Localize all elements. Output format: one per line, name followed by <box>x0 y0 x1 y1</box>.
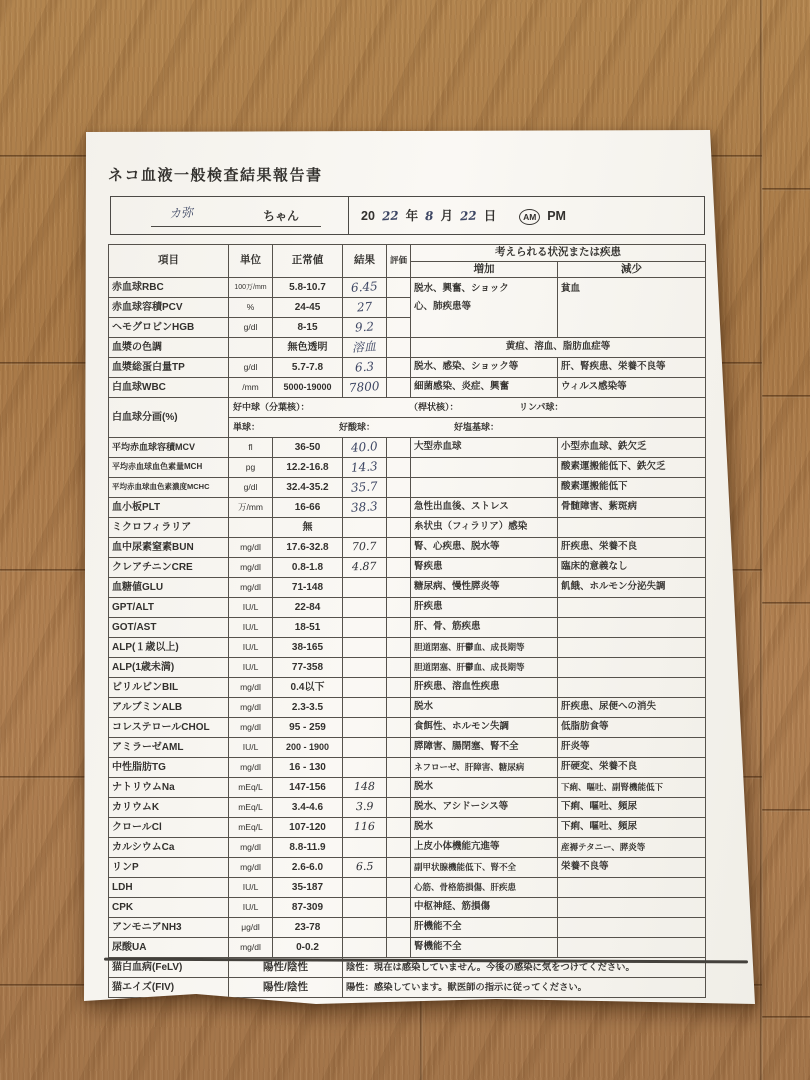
item-cell: 赤血球RBC <box>109 278 229 298</box>
unit-cell: IU/L <box>229 658 273 678</box>
decrease-cell: 下痢、嘔吐、頻尿 <box>558 798 706 818</box>
handwritten-result: 7800 <box>349 380 380 395</box>
item-cell: 尿酸UA <box>109 938 229 958</box>
results-table: 項目 単位 正常値 結果 評価 考えられる状況または疾患 増加 減少 赤血球RB… <box>108 244 706 998</box>
handwritten-result: 溶血 <box>352 340 377 355</box>
normal-range-cell: 147-156 <box>273 778 343 798</box>
normal-range-cell: 無色透明 <box>273 338 343 358</box>
unit-cell: IU/L <box>229 898 273 918</box>
decrease-cell <box>558 898 706 918</box>
wbc-differential-cell: 好中球（分葉核）：（桿状核）：リンパ球： 単球：好酸球：好塩基球： <box>229 398 706 438</box>
handwritten-result: 14.3 <box>351 460 379 475</box>
day-handwritten: 22 <box>460 209 477 224</box>
table-row: ナトリウムNa mEq/L 147-156 148 脱水 下痢、嘔吐、副腎機能低… <box>109 778 706 798</box>
unit-cell: pg <box>229 458 273 478</box>
table-row: 白血球WBC /mm 5000-19000 7800 細菌感染、炎症、興奮 ウィ… <box>109 378 706 398</box>
result-cell <box>343 898 387 918</box>
handwritten-result: 70.7 <box>352 541 377 554</box>
pm-label: PM <box>547 209 566 223</box>
increase-cell <box>411 458 558 478</box>
increase-cell: 急性出血後、ストレス <box>411 498 558 518</box>
decrease-cell: 酸素運搬能低下 <box>558 478 706 498</box>
increase-cell: 腎機能不全 <box>411 938 558 958</box>
handwritten-result: 4.87 <box>352 561 377 574</box>
item-cell: 血漿の色調 <box>109 338 229 358</box>
eval-cell <box>387 478 411 498</box>
unit-cell <box>229 518 273 538</box>
table-row: アミラーゼAML IU/L 200 - 1900 膵障害、腸閉塞、腎不全 肝炎等 <box>109 738 706 758</box>
normal-range-cell: 12.2-16.8 <box>273 458 343 478</box>
decrease-cell: 酸素運搬能低下、鉄欠乏 <box>558 458 706 478</box>
table-row: 平均赤血球容積MCV fl 36-50 40.0 大型赤血球 小型赤血球、鉄欠乏 <box>109 438 706 458</box>
normal-range-cell: 16-66 <box>273 498 343 518</box>
increase-cell: ネフローゼ、肝障害、糖尿病 <box>411 758 558 778</box>
eval-cell <box>387 698 411 718</box>
neutrophil-band-label: （桿状核）： <box>409 398 459 417</box>
normal-range-cell: 2.6-6.0 <box>273 858 343 878</box>
header-eval: 評価 <box>387 245 411 278</box>
increase-cell: 肝疾患 <box>411 598 558 618</box>
increase-cell: 糸状虫（フィラリア）感染 <box>411 518 558 538</box>
unit-cell: IU/L <box>229 878 273 898</box>
handwritten-result: 116 <box>354 821 375 833</box>
item-cell: ナトリウムNa <box>109 778 229 798</box>
table-row: リンP mg/dl 2.6-6.0 6.5 副甲状腺機能低下、腎不全 栄養不良等 <box>109 858 706 878</box>
unit-cell <box>229 338 273 358</box>
item-cell: GPT/ALT <box>109 598 229 618</box>
increase-cell: 肝機能不全 <box>411 918 558 938</box>
wbc-diff-line1: 好中球（分葉核）：（桿状核）：リンパ球： <box>229 398 705 418</box>
normal-range-cell: 77-358 <box>273 658 343 678</box>
normal-range-cell: 24-45 <box>273 298 343 318</box>
year-handwritten: 22 <box>382 209 399 224</box>
item-cell: 中性脂肪TG <box>109 758 229 778</box>
result-cell <box>343 698 387 718</box>
normal-range-cell: 95 - 259 <box>273 718 343 738</box>
handwritten-result: 38.3 <box>351 500 379 515</box>
decrease-cell: 肝炎等 <box>558 738 706 758</box>
increase-cell <box>411 478 558 498</box>
result-cell <box>343 618 387 638</box>
item-cell: 白血球WBC <box>109 378 229 398</box>
result-cell <box>343 658 387 678</box>
table-row: GPT/ALT IU/L 22-84 肝疾患 <box>109 598 706 618</box>
header-result: 結果 <box>343 245 387 278</box>
handwritten-result: 6.5 <box>356 861 374 873</box>
patient-name-handwritten: カ弥 <box>168 203 193 222</box>
eval-cell <box>387 498 411 518</box>
normal-range-cell: 22-84 <box>273 598 343 618</box>
item-cell: ALP(１歳以上) <box>109 638 229 658</box>
decrease-cell: 臨床的意義なし <box>558 558 706 578</box>
normal-range-cell: 107-120 <box>273 818 343 838</box>
table-row: ミクロフィラリア 無 糸状虫（フィラリア）感染 <box>109 518 706 538</box>
increase-cell: 腎、心疾患、脱水等 <box>411 538 558 558</box>
eval-cell <box>387 798 411 818</box>
table-header-row: 項目 単位 正常値 結果 評価 考えられる状況または疾患 <box>109 245 706 262</box>
result-cell <box>343 738 387 758</box>
result-cell <box>343 578 387 598</box>
table-row: 赤血球RBC 100万/mm 5.8-10.7 6.45 脱水、興奮、ショック心… <box>109 278 706 298</box>
unit-cell: IU/L <box>229 598 273 618</box>
increase-line: 脱水、興奮、ショック <box>414 280 554 298</box>
normal-range-cell: 71-148 <box>273 578 343 598</box>
result-cell <box>343 638 387 658</box>
eval-cell <box>387 658 411 678</box>
decrease-cell <box>558 518 706 538</box>
item-cell: カルシウムCa <box>109 838 229 858</box>
header-decrease: 減少 <box>558 262 706 278</box>
item-cell: アルブミンALB <box>109 698 229 718</box>
item-cell: リンP <box>109 858 229 878</box>
basophil-label: 好塩基球： <box>454 418 499 437</box>
handwritten-result: 3.9 <box>356 801 374 813</box>
eval-cell <box>387 918 411 938</box>
result-cell: 溶血 <box>343 338 387 358</box>
eval-cell <box>387 558 411 578</box>
eval-cell <box>387 678 411 698</box>
result-note-cell: 陽性：感染しています。獣医師の指示に従ってください。 <box>343 978 706 998</box>
result-cell: 27 <box>343 298 387 318</box>
normal-range-cell: 8-15 <box>273 318 343 338</box>
eval-cell <box>387 598 411 618</box>
unit-cell: mg/dl <box>229 698 273 718</box>
decrease-cell: 栄養不良等 <box>558 858 706 878</box>
decrease-cell <box>558 918 706 938</box>
item-cell: ヘモグロビンHGB <box>109 318 229 338</box>
table-row: クロールCl mEq/L 107-120 116 脱水 下痢、嘔吐、頻尿 <box>109 818 706 838</box>
year-label: 年 <box>406 206 419 224</box>
item-cell: 血中尿素窒素BUN <box>109 538 229 558</box>
day-label: 日 <box>484 206 497 224</box>
date-field: 2022年 8月 22日 AM PM <box>361 206 566 225</box>
conditions-span-cell: 黄疸、溶血、脂肪血症等 <box>411 338 706 358</box>
table-row: カリウムK mEq/L 3.4-4.6 3.9 脱水、アシドーシス等 下痢、嘔吐… <box>109 798 706 818</box>
unit-cell: /mm <box>229 378 273 398</box>
item-cell: アミラーゼAML <box>109 738 229 758</box>
increase-cell: 糖尿病、慢性膵炎等 <box>411 578 558 598</box>
handwritten-result: 27 <box>356 300 372 314</box>
eval-cell <box>387 338 411 358</box>
item-cell: コレステロールCHOL <box>109 718 229 738</box>
increase-cell: 胆道閉塞、肝鬱血、成長期等 <box>411 658 558 678</box>
normal-range-cell: 17.6-32.8 <box>273 538 343 558</box>
neutrophil-seg-label: 好中球（分葉核）： <box>233 398 310 417</box>
eval-cell <box>387 718 411 738</box>
result-cell: 9.2 <box>343 318 387 338</box>
eval-cell <box>387 298 411 318</box>
normal-range-cell: 35-187 <box>273 878 343 898</box>
eval-cell <box>387 838 411 858</box>
item-cell: 血小板PLT <box>109 498 229 518</box>
table-row: GOT/AST IU/L 18-51 肝、骨、筋疾患 <box>109 618 706 638</box>
increase-cell: 脱水、感染、ショック等 <box>411 358 558 378</box>
table-row: 平均赤血球血色素量MCH pg 12.2-16.8 14.3 酸素運搬能低下、鉄… <box>109 458 706 478</box>
decrease-cell <box>558 638 706 658</box>
item-cell: カリウムK <box>109 798 229 818</box>
normal-range-cell: 8.8-11.9 <box>273 838 343 858</box>
unit-cell: μg/dl <box>229 918 273 938</box>
normal-range-cell: 5.7-7.8 <box>273 358 343 378</box>
header-increase: 増加 <box>411 262 558 278</box>
unit-cell: mEq/L <box>229 798 273 818</box>
item-cell: 血糖値GLU <box>109 578 229 598</box>
eval-cell <box>387 458 411 478</box>
eval-cell <box>387 938 411 958</box>
item-cell: 血漿総蛋白量TP <box>109 358 229 378</box>
decrease-cell <box>558 678 706 698</box>
normal-range-cell: 23-78 <box>273 918 343 938</box>
eval-cell <box>387 618 411 638</box>
result-cell <box>343 598 387 618</box>
paper: ネコ血液一般検査結果報告書 カ弥 ちゃん 2022年 8月 22日 AM PM … <box>76 128 760 1012</box>
eval-cell <box>387 738 411 758</box>
eval-cell <box>387 378 411 398</box>
item-cell: ALP(1歳未満) <box>109 658 229 678</box>
increase-cell: 上皮小体機能亢進等 <box>411 838 558 858</box>
item-cell: アンモニアNH3 <box>109 918 229 938</box>
result-cell <box>343 938 387 958</box>
normal-range-cell: 3.4-4.6 <box>273 798 343 818</box>
result-cell: 7800 <box>343 378 387 398</box>
increase-cell: 中枢神経、筋損傷 <box>411 898 558 918</box>
increase-cell: 膵障害、腸閉塞、腎不全 <box>411 738 558 758</box>
unit-cell: 100万/mm <box>229 278 273 298</box>
header-item: 項目 <box>109 245 229 278</box>
unit-cell: mg/dl <box>229 858 273 878</box>
item-cell: ミクロフィラリア <box>109 518 229 538</box>
table-row: ALP(1歳未満) IU/L 77-358 胆道閉塞、肝鬱血、成長期等 <box>109 658 706 678</box>
eval-cell <box>387 898 411 918</box>
result-cell: 40.0 <box>343 438 387 458</box>
normal-range-cell: 32.4-35.2 <box>273 478 343 498</box>
table-row: 平均赤血球血色素濃度MCHC g/dl 32.4-35.2 35.7 酸素運搬能… <box>109 478 706 498</box>
item-cell: 平均赤血球血色素濃度MCHC <box>109 478 229 498</box>
increase-cell: 脱水 <box>411 818 558 838</box>
decrease-cell: 肝硬変、栄養不良 <box>558 758 706 778</box>
handwritten-result: 40.0 <box>351 440 379 455</box>
unit-cell: g/dl <box>229 318 273 338</box>
increase-cell: 脱水、アシドーシス等 <box>411 798 558 818</box>
table-row: 血小板PLT 万/mm 16-66 38.3 急性出血後、ストレス 骨髄障害、紫… <box>109 498 706 518</box>
normal-range-cell: 18-51 <box>273 618 343 638</box>
eval-cell <box>387 878 411 898</box>
report-title: ネコ血液一般検査結果報告書 <box>108 164 323 185</box>
table-row: アルブミンALB mg/dl 2.3-3.5 脱水 肝疾患、尿便への消失 <box>109 698 706 718</box>
normal-range-cell: 5.8-10.7 <box>273 278 343 298</box>
table-row: アンモニアNH3 μg/dl 23-78 肝機能不全 <box>109 918 706 938</box>
increase-cell: 脱水 <box>411 698 558 718</box>
result-cell: 6.45 <box>343 278 387 298</box>
decrease-cell: 貧血 <box>558 278 706 338</box>
item-cell: クレアチニンCRE <box>109 558 229 578</box>
result-cell <box>343 918 387 938</box>
plank-seam <box>762 602 810 605</box>
header-normal: 正常値 <box>273 245 343 278</box>
decrease-cell <box>558 878 706 898</box>
increase-cell: 細菌感染、炎症、興奮 <box>411 378 558 398</box>
handwritten-result: 148 <box>354 781 375 793</box>
table-row: クレアチニンCRE mg/dl 0.8-1.8 4.87 腎疾患 臨床的意義なし <box>109 558 706 578</box>
date-prefix: 20 <box>361 209 375 223</box>
plank-seam <box>762 809 810 812</box>
decrease-cell: ウィルス感染等 <box>558 378 706 398</box>
header-conditions: 考えられる状況または疾患 <box>411 245 706 262</box>
unit-cell: mEq/L <box>229 778 273 798</box>
table-row: 血糖値GLU mg/dl 71-148 糖尿病、慢性膵炎等 飢餓、ホルモン分泌失… <box>109 578 706 598</box>
unit-cell: mg/dl <box>229 538 273 558</box>
eval-cell <box>387 858 411 878</box>
unit-cell: mEq/L <box>229 818 273 838</box>
increase-line: 心、肺疾患等 <box>414 298 554 316</box>
normal-range-cell: 36-50 <box>273 438 343 458</box>
result-cell: 6.5 <box>343 858 387 878</box>
item-cell: LDH <box>109 878 229 898</box>
table-row-fiv: 猫エイズ(FIV) 陽性/陰性 陽性：感染しています。獣医師の指示に従ってくださ… <box>109 978 706 998</box>
month-label: 月 <box>440 206 453 224</box>
result-cell: 6.3 <box>343 358 387 378</box>
unit-cell: mg/dl <box>229 758 273 778</box>
result-cell <box>343 878 387 898</box>
increase-cell: 肝疾患、溶血性疾患 <box>411 678 558 698</box>
unit-cell: IU/L <box>229 638 273 658</box>
result-cell: 35.7 <box>343 478 387 498</box>
table-row-wbc-differential: 白血球分画(%) 好中球（分葉核）：（桿状核）：リンパ球： 単球：好酸球：好塩基… <box>109 398 706 438</box>
normal-range-cell: 0.4以下 <box>273 678 343 698</box>
unit-cell: mg/dl <box>229 578 273 598</box>
increase-cell: 肝、骨、筋疾患 <box>411 618 558 638</box>
item-cell: クロールCl <box>109 818 229 838</box>
unit-cell: g/dl <box>229 358 273 378</box>
item-cell: 白血球分画(%) <box>109 398 229 438</box>
unit-cell: mg/dl <box>229 558 273 578</box>
unit-cell: mg/dl <box>229 678 273 698</box>
result-cell: 4.87 <box>343 558 387 578</box>
result-cell <box>343 838 387 858</box>
plank-seam <box>762 395 810 398</box>
result-cell: 38.3 <box>343 498 387 518</box>
item-cell: 平均赤血球容積MCV <box>109 438 229 458</box>
header-unit: 単位 <box>229 245 273 278</box>
lymphocyte-label: リンパ球： <box>519 398 563 417</box>
normal-range-cell: 200 - 1900 <box>273 738 343 758</box>
table-row: ALP(１歳以上) IU/L 38-165 胆道閉塞、肝鬱血、成長期等 <box>109 638 706 658</box>
normal-range-cell: 2.3-3.5 <box>273 698 343 718</box>
eval-cell <box>387 278 411 298</box>
increase-cell: 脱水、興奮、ショック心、肺疾患等 <box>411 278 558 338</box>
decrease-cell <box>558 618 706 638</box>
unit-cell: mg/dl <box>229 938 273 958</box>
item-cell: 猫エイズ(FIV) <box>109 978 229 998</box>
positive-negative-cell: 陽性/陰性 <box>229 978 343 998</box>
plank-seam <box>762 188 810 191</box>
normal-range-cell: 無 <box>273 518 343 538</box>
result-cell: 116 <box>343 818 387 838</box>
table-row: 血漿の色調 無色透明 溶血 黄疸、溶血、脂肪血症等 <box>109 338 706 358</box>
unit-cell: IU/L <box>229 738 273 758</box>
decrease-cell <box>558 938 706 958</box>
result-cell <box>343 718 387 738</box>
result-cell: 148 <box>343 778 387 798</box>
decrease-line: 貧血 <box>561 280 702 298</box>
decrease-cell: 産褥テタニー、膵炎等 <box>558 838 706 858</box>
eval-cell <box>387 578 411 598</box>
normal-range-cell: 87-309 <box>273 898 343 918</box>
handwritten-result: 35.7 <box>351 480 379 495</box>
item-cell: CPK <box>109 898 229 918</box>
table-row: 中性脂肪TG mg/dl 16 - 130 ネフローゼ、肝障害、糖尿病 肝硬変、… <box>109 758 706 778</box>
handwritten-result: 6.3 <box>355 360 375 374</box>
handwritten-result: 6.45 <box>351 280 379 295</box>
result-cell <box>343 678 387 698</box>
decrease-cell: 下痢、嘔吐、頻尿 <box>558 818 706 838</box>
eosinophil-label: 好酸球： <box>339 418 375 437</box>
result-cell <box>343 518 387 538</box>
eval-cell <box>387 438 411 458</box>
item-cell: ビリルビンBIL <box>109 678 229 698</box>
name-suffix-label: ちゃん <box>263 207 299 224</box>
unit-cell: mg/dl <box>229 718 273 738</box>
unit-cell: mg/dl <box>229 838 273 858</box>
unit-cell: % <box>229 298 273 318</box>
increase-cell: 食餌性、ホルモン失調 <box>411 718 558 738</box>
decrease-cell <box>558 598 706 618</box>
eval-cell <box>387 358 411 378</box>
result-cell: 70.7 <box>343 538 387 558</box>
wbc-diff-line2: 単球：好酸球：好塩基球： <box>229 418 705 437</box>
eval-cell <box>387 818 411 838</box>
monocyte-label: 単球： <box>233 418 260 437</box>
normal-range-cell: 5000-19000 <box>273 378 343 398</box>
table-row: CPK IU/L 87-309 中枢神経、筋損傷 <box>109 898 706 918</box>
normal-range-cell: 38-165 <box>273 638 343 658</box>
table-row: LDH IU/L 35-187 心筋、骨格筋損傷、肝疾患 <box>109 878 706 898</box>
decrease-cell: 下痢、嘔吐、副腎機能低下 <box>558 778 706 798</box>
unit-cell: IU/L <box>229 618 273 638</box>
table-row: 尿酸UA mg/dl 0-0.2 腎機能不全 <box>109 938 706 958</box>
item-cell: 赤血球容積PCV <box>109 298 229 318</box>
result-cell <box>343 758 387 778</box>
item-cell: 平均赤血球血色素量MCH <box>109 458 229 478</box>
eval-cell <box>387 518 411 538</box>
table-row: カルシウムCa mg/dl 8.8-11.9 上皮小体機能亢進等 産褥テタニー、… <box>109 838 706 858</box>
photo-of-report-on-wood-floor: { "page": { "title": "ネコ血液一般検査結果報告書" }, … <box>0 0 810 1080</box>
normal-range-cell: 0-0.2 <box>273 938 343 958</box>
increase-cell: 心筋、骨格筋損傷、肝疾患 <box>411 878 558 898</box>
decrease-cell: 肝疾患、尿便への消失 <box>558 698 706 718</box>
result-cell: 14.3 <box>343 458 387 478</box>
item-cell: GOT/AST <box>109 618 229 638</box>
name-date-divider <box>348 197 349 234</box>
plank-joint <box>760 0 763 1080</box>
unit-cell: g/dl <box>229 478 273 498</box>
increase-cell: 胆道閉塞、肝鬱血、成長期等 <box>411 638 558 658</box>
decrease-cell: 肝、腎疾患、栄養不良等 <box>558 358 706 378</box>
table-row: ビリルビンBIL mg/dl 0.4以下 肝疾患、溶血性疾患 <box>109 678 706 698</box>
eval-cell <box>387 758 411 778</box>
decrease-cell: 肝疾患、栄養不良 <box>558 538 706 558</box>
eval-cell <box>387 778 411 798</box>
decrease-cell: 小型赤血球、鉄欠乏 <box>558 438 706 458</box>
table-row: 血中尿素窒素BUN mg/dl 17.6-32.8 70.7 腎、心疾患、脱水等… <box>109 538 706 558</box>
normal-range-cell: 16 - 130 <box>273 758 343 778</box>
result-cell: 3.9 <box>343 798 387 818</box>
am-circled: AM <box>519 209 540 225</box>
plank-seam <box>762 1016 810 1019</box>
decrease-cell: 飢餓、ホルモン分泌失調 <box>558 578 706 598</box>
name-underline <box>151 226 321 227</box>
report-sheet: ネコ血液一般検査結果報告書 カ弥 ちゃん 2022年 8月 22日 AM PM … <box>76 128 760 1012</box>
